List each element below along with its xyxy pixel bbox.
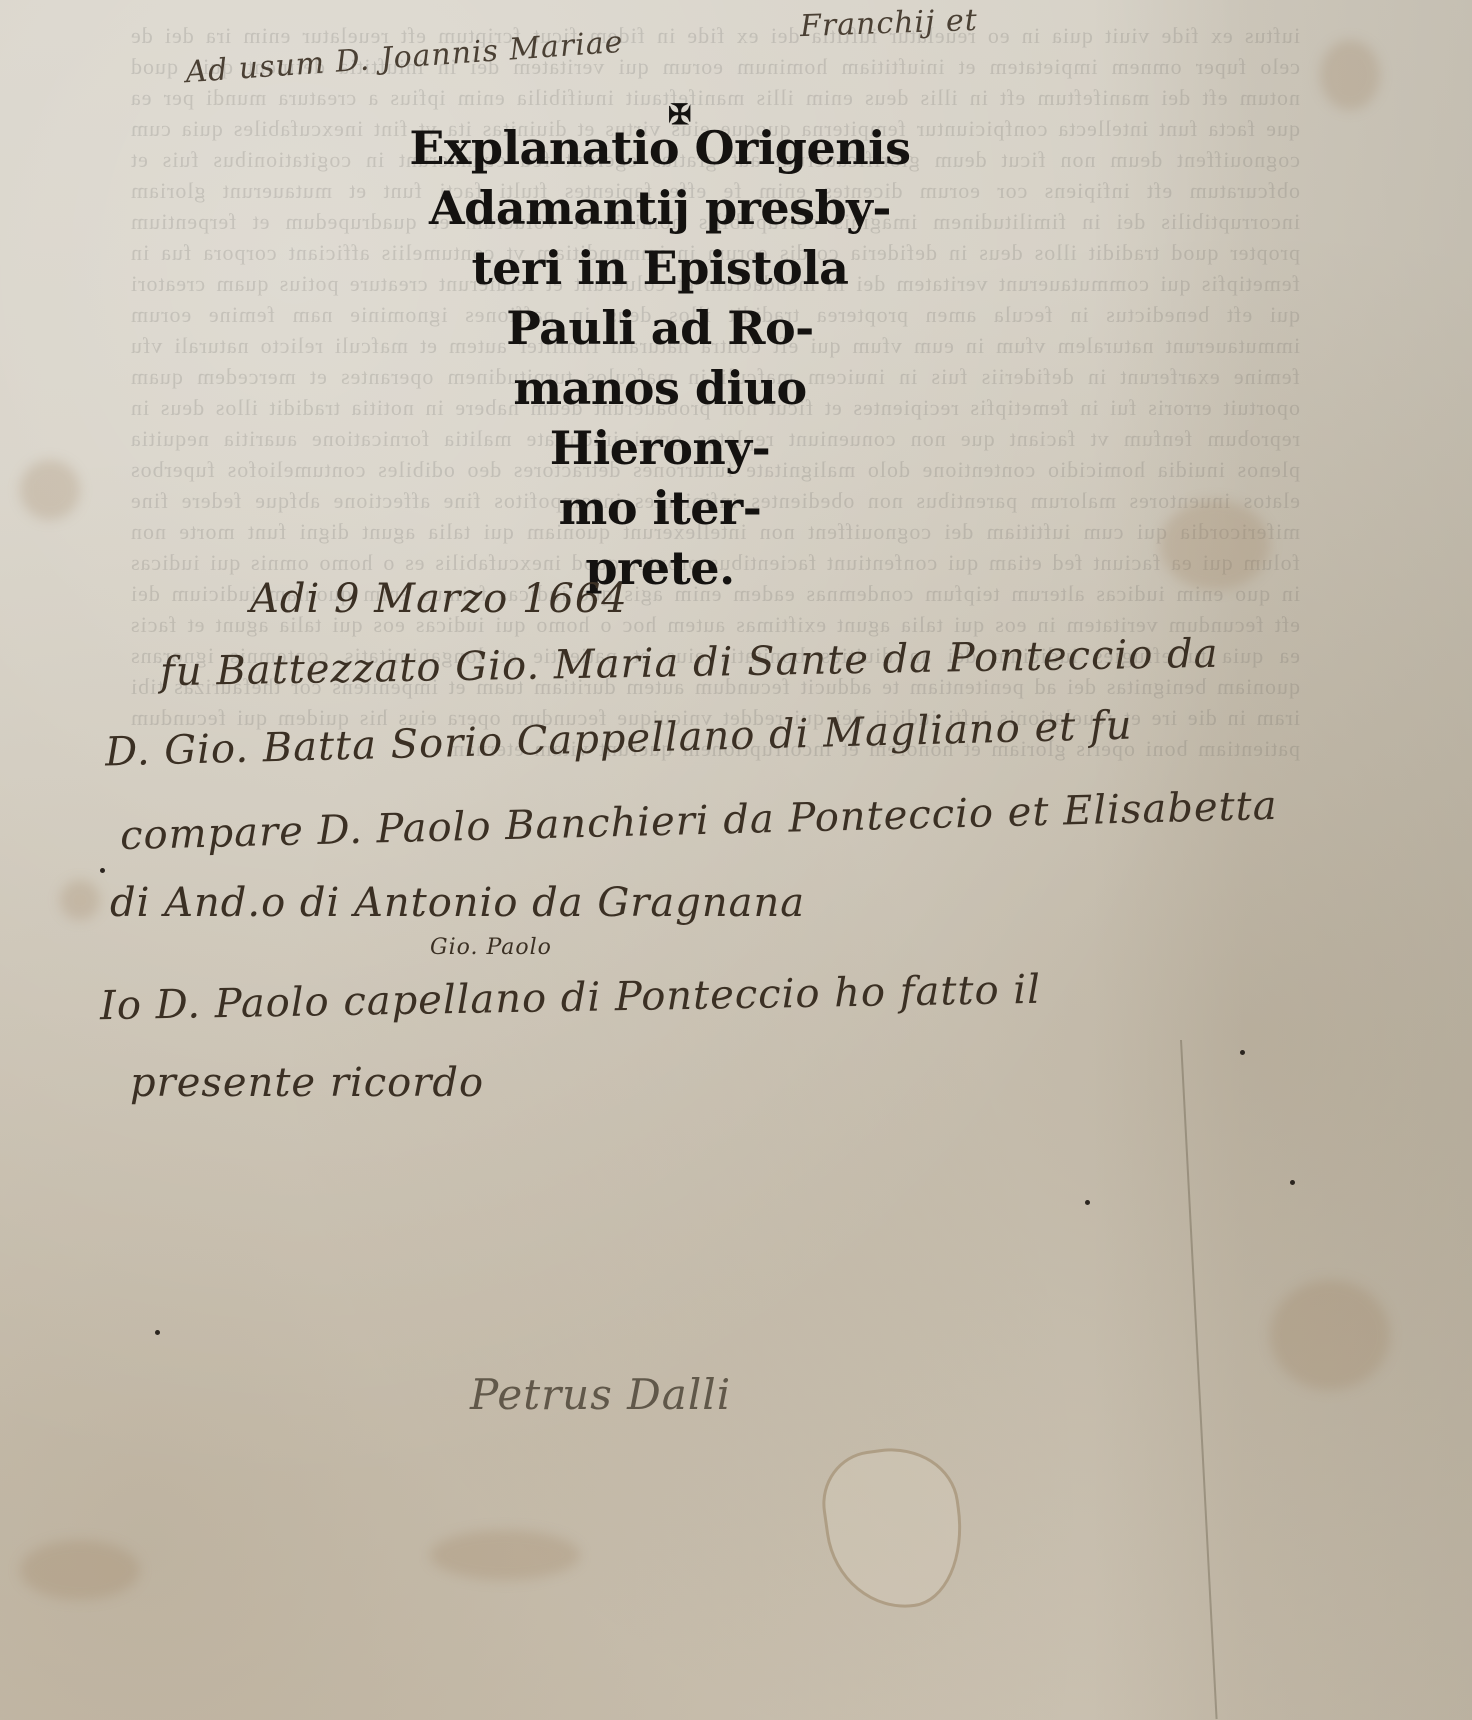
foxing-stain <box>430 1530 580 1580</box>
water-stain <box>815 1439 972 1617</box>
top-inscription-right: Franchij et <box>799 3 978 44</box>
foxing-stain <box>60 880 100 920</box>
printed-title: Explanatio Origenis Adamantij presby- te… <box>380 118 940 598</box>
ink-speck <box>100 868 105 873</box>
ink-speck <box>1290 1180 1295 1185</box>
ink-speck <box>155 1330 160 1335</box>
ink-speck <box>1240 1050 1245 1055</box>
foxing-stain <box>20 460 80 520</box>
note-line: di And.o di Antonio da Gragnana <box>110 880 805 926</box>
book-page: iuftus ex fide viuit quia in eo reuelatu… <box>0 0 1472 1720</box>
note-interlinear: Gio. Paolo <box>430 935 552 960</box>
foxing-stain <box>1160 500 1270 590</box>
ink-speck <box>1085 1200 1090 1205</box>
title-line: Pauli ad Ro- <box>380 298 940 358</box>
note-date-line: Adi 9 Marzo 1664 <box>250 576 628 622</box>
foxing-stain <box>1270 1280 1390 1390</box>
note-line: presente ricordo <box>130 1060 484 1106</box>
title-line: manos diuo <box>380 358 940 418</box>
title-line: mo iter- <box>380 478 940 538</box>
title-line: Explanatio Origenis <box>380 118 940 178</box>
foxing-stain <box>1320 40 1380 110</box>
title-line: teri in Epistola <box>380 238 940 298</box>
title-line: Adamantij presby- <box>380 178 940 238</box>
foxing-stain <box>20 1540 140 1600</box>
bottom-signature: Petrus Dalli <box>470 1370 731 1419</box>
title-line: Hierony- <box>380 418 940 478</box>
